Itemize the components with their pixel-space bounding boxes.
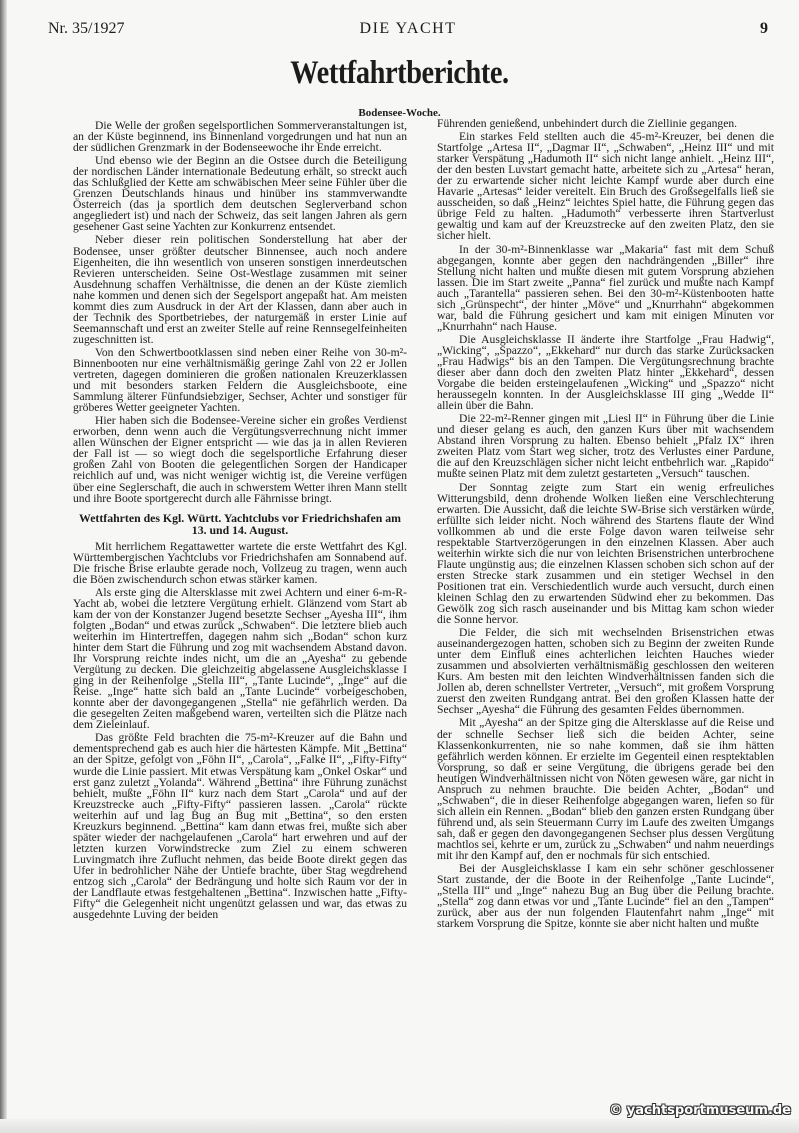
page-header: Nr. 35/1927 DIE YACHT 9 [48, 20, 768, 44]
paragraph: Die 22-m²-Renner gingen mit „Liesl II“ i… [437, 413, 774, 479]
paragraph: In der 30-m²-Binnenklasse war „Makaria“ … [437, 244, 774, 332]
page-bottom-edge [0, 1119, 799, 1133]
page-spine-shadow [0, 0, 7, 1133]
paragraph: Und ebenso wie der Beginn an die Ostsee … [73, 155, 407, 232]
article-title: Wettfahrtberichte. [56, 55, 743, 92]
paragraph: Als erste ging die Altersklasse mit zwei… [73, 587, 407, 731]
left-column: Die Welle der großen segelsportlichen So… [73, 120, 407, 922]
paragraph: Das größte Feld brachten die 75-m²-Kreuz… [73, 732, 407, 920]
paragraph: Der Sonntag zeigte zum Start ein wenig e… [437, 482, 774, 626]
paragraph: Ein starkes Feld stellten auch die 45-m²… [437, 131, 774, 241]
paragraph: Neber dieser rein politischen Sonderstel… [73, 234, 407, 344]
paragraph: Mit „Ayesha“ an der Spitze ging die Alte… [437, 717, 774, 861]
section-heading: Wettfahrten des Kgl. Württ. Yachtclubs v… [73, 512, 407, 536]
paragraph: Die Ausgleichsklasse II änderte ihre Sta… [437, 334, 774, 411]
paragraph: Die Felder, die sich mit wechselnden Bri… [437, 627, 774, 715]
right-column: Führenden genießend, unbehindert durch d… [437, 118, 774, 931]
page-number: 9 [760, 20, 768, 38]
paragraph-continued: Führenden genießend, unbehindert durch d… [437, 118, 774, 129]
paragraph: Mit herrlichem Regattawetter wartete die… [73, 541, 407, 585]
magazine-name: DIE YACHT [48, 20, 768, 38]
paragraph: Die Welle der großen segelsportlichen So… [73, 120, 407, 153]
paragraph: Hier haben sich die Bodensee-Vereine sic… [73, 415, 407, 503]
copyright-watermark: © yachtsportmuseum.de [609, 1103, 791, 1118]
paragraph: Von den Schwertbootklassen sind neben ei… [73, 347, 407, 413]
paragraph: Bei der Ausgleichsklasse I kam ein sehr … [437, 863, 774, 929]
